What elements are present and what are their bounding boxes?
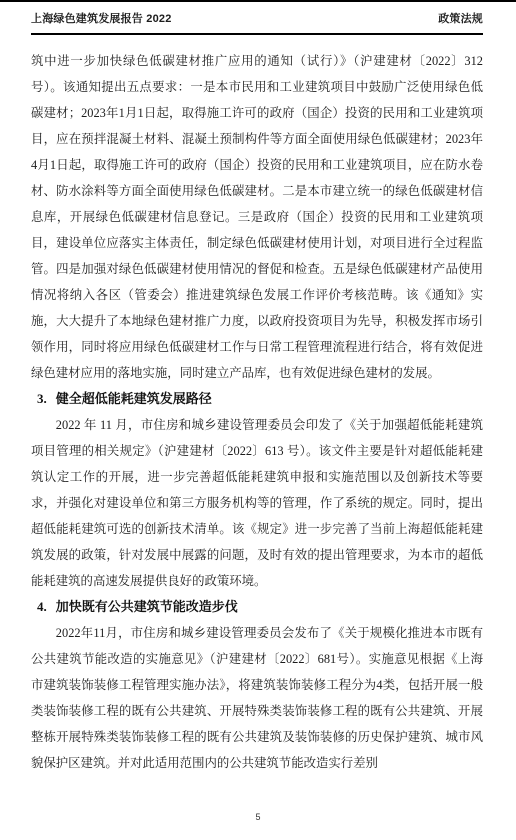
section-number-4: 4. bbox=[37, 594, 47, 620]
section-title-3: 健全超低能耗建筑发展路径 bbox=[56, 391, 212, 406]
page-header: 上海绿色建筑发展报告 2022 政策法规 bbox=[31, 12, 483, 35]
paragraph-continued-green-materials: 筑中进一步加快绿色低碳建材推广应用的通知（试行）》（沪建建材〔2022〕312号… bbox=[31, 48, 483, 386]
chapter-label: 政策法规 bbox=[438, 12, 483, 26]
page-number: 5 bbox=[255, 812, 260, 822]
section-heading-4: 4.加快既有公共建筑节能改造步伐 bbox=[31, 594, 483, 620]
document-page: 上海绿色建筑发展报告 2022 政策法规 筑中进一步加快绿色低碳建材推广应用的通… bbox=[0, 0, 516, 840]
body-content: 筑中进一步加快绿色低碳建材推广应用的通知（试行）》（沪建建材〔2022〕312号… bbox=[31, 48, 483, 776]
report-title: 上海绿色建筑发展报告 2022 bbox=[31, 12, 172, 26]
paragraph-public-building-retrofit: 2022年11月，市住房和城乡建设管理委员会发布了《关于规模化推进本市既有公共建… bbox=[31, 620, 483, 776]
page-footer: 5 bbox=[0, 812, 516, 822]
section-number-3: 3. bbox=[37, 386, 47, 412]
paragraph-ultra-low-energy: 2022 年 11 月，市住房和城乡建设管理委员会印发了《关于加强超低能耗建筑项… bbox=[31, 412, 483, 594]
section-title-4: 加快既有公共建筑节能改造步伐 bbox=[56, 599, 238, 614]
section-heading-3: 3.健全超低能耗建筑发展路径 bbox=[31, 386, 483, 412]
